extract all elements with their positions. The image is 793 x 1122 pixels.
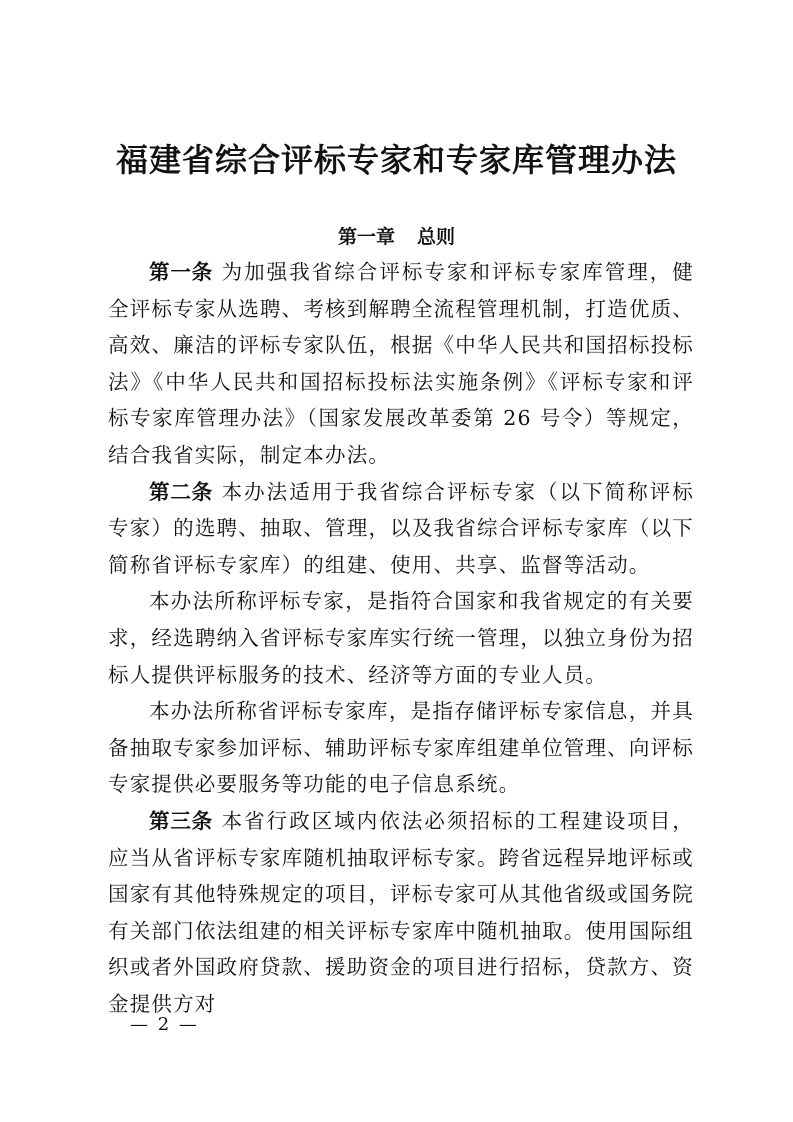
paragraph-text: 本省行政区域内依法必须招标的工程建设项目，应当从省评标专家库随机抽取评标专家。跨…	[108, 809, 694, 1016]
article-label: 第二条	[149, 480, 213, 504]
document-page: 福建省综合评标专家和专家库管理办法 第一章总则 第一条 为加强我省综合评标专家和…	[0, 0, 793, 1122]
article-label: 第三条	[149, 809, 213, 833]
paragraph-text: 本办法所称评标专家，是指符合国家和我省规定的有关要求，经选聘纳入省评标专家库实行…	[108, 589, 694, 686]
document-body: 第一条 为加强我省综合评标专家和评标专家库管理，健全评标专家从选聘、考核到解聘全…	[108, 254, 694, 1022]
paragraph-article-1: 第一条 为加强我省综合评标专家和评标专家库管理，健全评标专家从选聘、考核到解聘全…	[108, 254, 694, 474]
paragraph-article-2: 第二条 本办法适用于我省综合评标专家（以下简称评标专家）的选聘、抽取、管理，以及…	[108, 474, 694, 584]
chapter-name: 总则	[417, 226, 455, 248]
chapter-number: 第一章	[338, 226, 395, 248]
paragraph-expert-definition: 本办法所称评标专家，是指符合国家和我省规定的有关要求，经选聘纳入省评标专家库实行…	[108, 583, 694, 693]
paragraph-article-3: 第三条 本省行政区域内依法必须招标的工程建设项目，应当从省评标专家库随机抽取评标…	[108, 803, 694, 1023]
page-number: — 2 —	[130, 1014, 199, 1035]
paragraph-library-definition: 本办法所称省评标专家库，是指存储评标专家信息，并具备抽取专家参加评标、辅助评标专…	[108, 693, 694, 803]
article-label: 第一条	[149, 260, 213, 284]
paragraph-text: 为加强我省综合评标专家和评标专家库管理，健全评标专家从选聘、考核到解聘全流程管理…	[108, 260, 694, 467]
paragraph-text: 本办法所称省评标专家库，是指存储评标专家信息，并具备抽取专家参加评标、辅助评标专…	[108, 699, 694, 796]
document-title: 福建省综合评标专家和专家库管理办法	[0, 138, 793, 182]
chapter-heading: 第一章总则	[0, 222, 793, 252]
